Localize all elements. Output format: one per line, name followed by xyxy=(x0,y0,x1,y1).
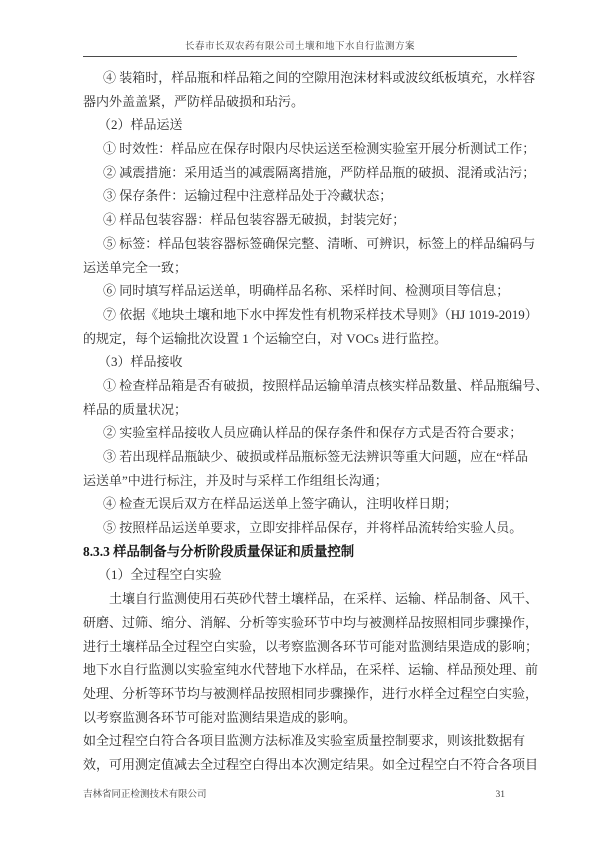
footer-company-name: 吉林省同正检测技术有限公司 xyxy=(83,786,207,800)
body-line-13: （3）样品接收 xyxy=(83,350,519,374)
body-line-2: 器内外盖盖紧，严防样品破损和玷污。 xyxy=(83,90,519,114)
body-line-23: 土壤自行监测使用石英砂代替土壤样品，在采样、运输、样品制备、风干、 xyxy=(83,587,519,611)
body-line-6: ③ 保存条件：运输过程中注意样品处于冷藏状态； xyxy=(83,184,519,208)
body-line-22: （1）全过程空白实验 xyxy=(83,563,519,587)
body-line-17: ③ 若出现样品瓶缺少、破损或样品瓶标签无法辨识等重大问题，应在“样品 xyxy=(83,445,519,469)
body-line-11: ⑦ 依据《地块土壤和地下水中挥发性有机物采样技术导则》（HJ 1019-2019… xyxy=(83,303,519,327)
body-line-25: 进行土壤样品全过程空白实验，以考察监测各环节可能对监测结果造成的影响； xyxy=(83,635,519,659)
header-rule xyxy=(83,56,517,57)
document-page: 长春市长双农药有限公司土壤和地下水自行监测方案 ④ 装箱时，样品瓶和样品箱之间的… xyxy=(0,0,600,848)
body-line-27: 处理、分析等环节均与被测样品按照相同步骤操作，进行水样全过程空白实验， xyxy=(83,682,519,706)
page-header-title: 长春市长双农药有限公司土壤和地下水自行监测方案 xyxy=(0,38,600,52)
body-line-20: ⑤ 按照样品运送单要求，立即安排样品保存，并将样品流转给实验人员。 xyxy=(83,516,519,540)
body-line-7: ④ 样品包装容器：样品包装容器无破损，封装完好； xyxy=(83,208,519,232)
body-line-18: 运送单”中进行标注，并及时与采样工作组组长沟通； xyxy=(83,469,519,493)
body-line-29: 如全过程空白符合各项目监测方法标准及实验室质量控制要求，则该批数据有 xyxy=(83,729,519,753)
body-line-10: ⑥ 同时填写样品运送单，明确样品名称、采样时间、检测项目等信息； xyxy=(83,279,519,303)
body-line-1: ④ 装箱时，样品瓶和样品箱之间的空隙用泡沫材料或波纹纸板填充，水样容 xyxy=(83,66,519,90)
body-line-30: 效，可用测定值减去全过程空白得出本次测定结果。如全过程空白不符合各项目 xyxy=(83,753,519,777)
page-footer: 吉林省同正检测技术有限公司 31 xyxy=(83,786,517,800)
body-line-8: ⑤ 标签：样品包装容器标签确保完整、清晰、可辨识，标签上的样品编码与 xyxy=(83,232,519,256)
body-line-16: ② 实验室样品接收人员应确认样品的保存条件和保存方式是否符合要求； xyxy=(83,421,519,445)
body-line-14: ① 检查样品箱是否有破损，按照样品运输单清点核实样品数量、样品瓶编号、 xyxy=(83,374,519,398)
body-line-26: 地下水自行监测以实验室纯水代替地下水样品，在采样、运输、样品预处理、前 xyxy=(83,658,519,682)
body-line-24: 研磨、过筛、缩分、消解、分析等实验环节中均与被测样品按照相同步骤操作， xyxy=(83,611,519,635)
body-line-21: 8.3.3 样品制备与分析阶段质量保证和质量控制 xyxy=(83,540,519,564)
body-line-3: （2）样品运送 xyxy=(83,113,519,137)
body-line-28: 以考察监测各环节可能对监测结果造成的影响。 xyxy=(83,706,519,730)
body-line-9: 运送单完全一致； xyxy=(83,256,519,280)
document-body: ④ 装箱时，样品瓶和样品箱之间的空隙用泡沫材料或波纹纸板填充，水样容器内外盖盖紧… xyxy=(83,66,519,777)
body-line-5: ② 减震措施：采用适当的减震隔离措施，严防样品瓶的破损、混淆或沾污； xyxy=(83,161,519,185)
body-line-12: 的规定，每个运输批次设置 1 个运输空白，对 VOCs 进行监控。 xyxy=(83,327,519,351)
body-line-15: 样品的质量状况； xyxy=(83,398,519,422)
footer-page-number: 31 xyxy=(496,790,518,800)
body-line-4: ① 时效性：样品应在保存时限内尽快运送至检测实验室开展分析测试工作； xyxy=(83,137,519,161)
body-line-19: ④ 检查无误后双方在样品运送单上签字确认，注明收样日期； xyxy=(83,492,519,516)
